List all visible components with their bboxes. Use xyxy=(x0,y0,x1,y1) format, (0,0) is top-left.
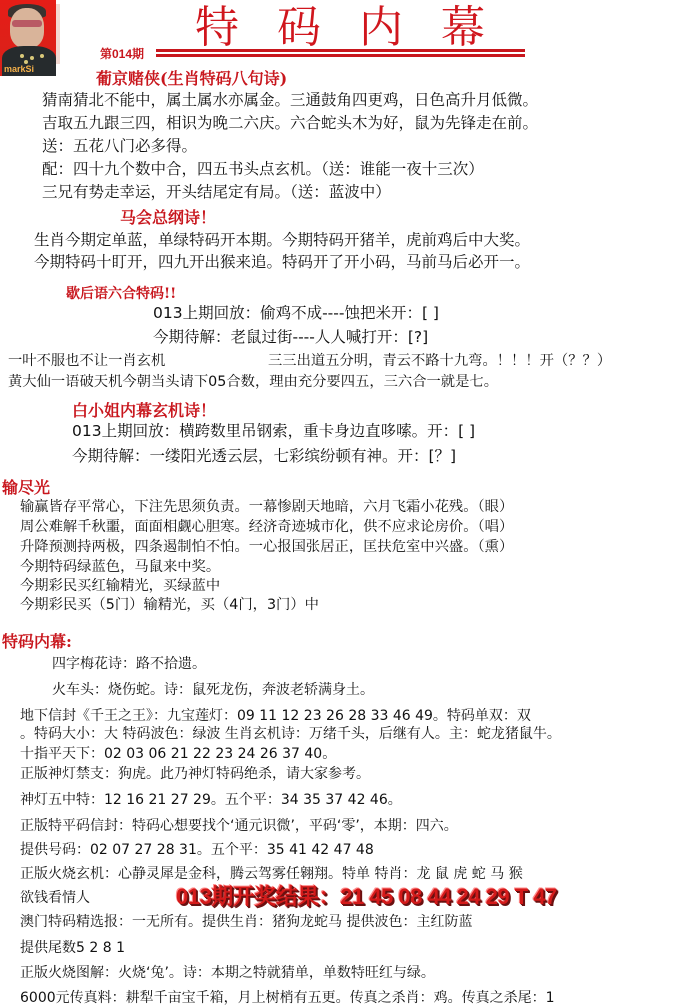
portrait-face xyxy=(10,8,44,48)
poem-line: 吉取五九跟三四，相识为晚二六庆。六合蛇头木为好，鼠为先锋走在前。 xyxy=(42,113,538,134)
section-heading-inside-info: 特码内幕: xyxy=(2,629,72,652)
poem-line: 猜南猜北不能中，属土属水亦属金。三通鼓角四更鸡，日色高升月低微。 xyxy=(42,90,538,111)
info-line: 欲钱看情人 xyxy=(20,886,90,910)
lose-line: 今期彩民买（5门）输精光，买（4门，3门）中 xyxy=(20,595,319,615)
info-line: 提供尾数5 2 8 1 xyxy=(20,936,125,960)
info-line: 正版特平码信封：特码心想要找个‘通元识微’，平码‘零’，本期：四六。 xyxy=(20,814,458,838)
section-heading-jockey-club: 马会总纲诗！ xyxy=(120,205,216,228)
riddle-extra-left: 一叶不服也不让一肖玄机 xyxy=(8,351,165,371)
issue-number: 第014期 xyxy=(100,45,144,62)
poem-line: 生肖今期定单蓝，单绿特码开本期。今期特码开猪羊，虎前鸡后中大奖。 xyxy=(34,230,530,251)
info-line: 提供号码：02 07 27 28 31。五个平：35 41 42 47 48 xyxy=(20,838,374,862)
section-heading-poem: 葡京赌侠(生肖特码八句诗) xyxy=(96,66,287,89)
riddle-line: 013上期回放：偷鸡不成----蚀把米开：[ ] xyxy=(153,303,439,324)
info-line-indented: 火车头：烧伤蛇。诗：鼠死龙伤，奔波老轿满身土。 xyxy=(52,678,374,702)
portrait-brand-logo: markSi xyxy=(4,64,34,74)
author-portrait: markSi xyxy=(0,0,56,76)
draw-result-banner: 013期开奖结果：21 45 08 44 24 29 T 47 xyxy=(176,880,557,911)
page-title: 特码内幕 xyxy=(195,0,523,56)
info-line: 6000元传真料：耕犁千亩宝千箱，月上树梢有五更。传真之杀肖：鸡。传真之杀尾：1 xyxy=(20,986,555,1008)
riddle-line: 今期待解：老鼠过街----人人喊打开：[?] xyxy=(153,327,428,348)
riddle-extra-line: 黄大仙一语破天机今朝当头请下05合数，理由充分要四五，三六合一就是七。 xyxy=(8,372,498,392)
portrait-glasses xyxy=(12,20,42,27)
info-line: 神灯五中特：12 16 21 27 29。五个平：34 35 37 42 46。 xyxy=(20,788,402,812)
info-line: 正版神灯禁支：狗虎。此乃神灯特码绝杀，请大家参考。 xyxy=(20,762,370,786)
riddle-extra-right: 三三出道五分明，青云不路十九弯。！！！开（？？） xyxy=(268,351,611,371)
lose-line: 今期彩民买红输精光，买绿蓝中 xyxy=(20,576,220,596)
section-heading-lose-all: 输尽光 xyxy=(2,475,50,498)
lose-line: 周公难解千秋噩，面面相觑心胆寒。经济奇迹城市化，供不应求论房价。（唱） xyxy=(20,517,513,537)
info-line-indented: 四字梅花诗：路不拾遗。 xyxy=(52,652,206,676)
button-dot-icon xyxy=(40,54,44,58)
section-heading-riddle: 歇后语六合特码!! xyxy=(66,283,176,303)
lose-line: 输赢皆存平常心，下注先思须负责。一幕惨剧天地暗，六月飞霜小花残。（眼） xyxy=(20,497,513,517)
portrait-shadow xyxy=(56,4,60,64)
poem-line: 今期特码十盯开，四九开出猴来追。特码开了开小码，马前马后必开一。 xyxy=(34,252,530,273)
button-dot-icon xyxy=(30,56,34,60)
lose-line: 升降预测持两极，四条遏制怕不怕。一心报国张居正，匡扶危室中兴盛。（熏） xyxy=(20,537,513,557)
lose-line: 今期特码绿蓝色，马鼠来中奖。 xyxy=(20,557,220,577)
bai-line: 今期待解：一缕阳光透云层，七彩缤纷顿有神。开：[？] xyxy=(72,446,456,467)
title-underline-top xyxy=(156,49,525,52)
section-heading-bai-xiaojie: 白小姐内幕玄机诗！ xyxy=(72,398,216,421)
bai-line: 013上期回放：横跨数里吊钢索，重卡身边直哆嗦。开：[ ] xyxy=(72,421,475,442)
info-line: 正版火烧图解：火烧‘兔’。诗：本期之特就猜单，单数特旺红与绿。 xyxy=(20,961,435,985)
poem-line: 配：四十九个数中合，四五书头点玄机。（送：谁能一夜十三次） xyxy=(42,159,484,180)
poem-line: 送：五花八门必多得。 xyxy=(42,136,197,157)
poem-line: 三兄有势走幸运，开头结尾定有局。（送：蓝波中） xyxy=(42,182,391,203)
info-line: 澳门特码精选报：一无所有。提供生肖：猪狗龙蛇马 提供波色：主红防蓝 xyxy=(20,910,472,934)
button-dot-icon xyxy=(20,54,24,58)
title-underline-bottom xyxy=(156,54,525,57)
